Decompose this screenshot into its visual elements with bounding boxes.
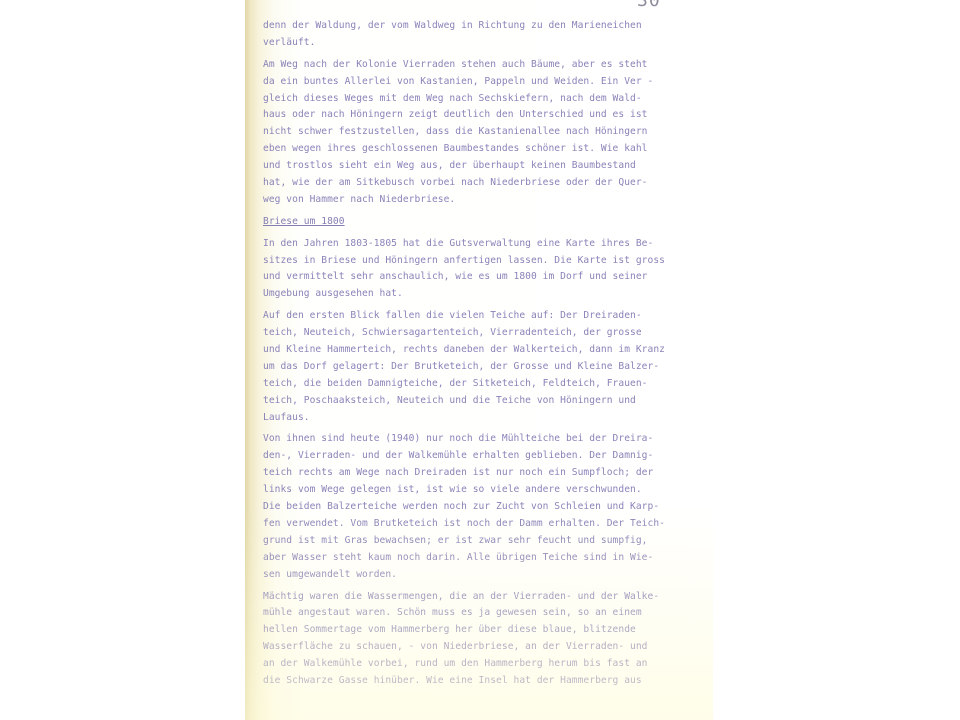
paragraph: Mächtig waren die Wassermengen, die an d… (263, 589, 703, 690)
text-line: und trostlos sieht ein Weg aus, der über… (263, 158, 703, 175)
text-line: teich rechts am Wege nach Dreiraden ist … (263, 465, 703, 482)
text-line: Die beiden Balzerteiche werden noch zur … (263, 499, 703, 516)
paragraph: In den Jahren 1803-1805 hat die Gutsverw… (263, 236, 703, 304)
text-line: sen umgewandelt worden. (263, 567, 703, 584)
text-line: gleich dieses Weges mit dem Weg nach Sec… (263, 91, 703, 108)
text-line: haus oder nach Höningern zeigt deutlich … (263, 107, 703, 124)
text-line: Am Weg nach der Kolonie Vierraden stehen… (263, 57, 703, 74)
text-line: da ein buntes Allerlei von Kastanien, Pa… (263, 74, 703, 91)
text-line: verläuft. (263, 35, 703, 52)
text-line: teich, Neuteich, Schwiersagartenteich, V… (263, 325, 703, 342)
text-line: hellen Sommertage vom Hammerberg her übe… (263, 622, 703, 639)
text-line: mühle angestaut waren. Schön muss es ja … (263, 605, 703, 622)
text-line: nicht schwer festzustellen, dass die Kas… (263, 124, 703, 141)
text-line: In den Jahren 1803-1805 hat die Gutsverw… (263, 236, 703, 253)
text-line: eben wegen ihres geschlossenen Baumbesta… (263, 141, 703, 158)
text-line: fen verwendet. Vom Brutketeich ist noch … (263, 516, 703, 533)
page-number: 30 (637, 0, 661, 11)
paragraph: Auf den ersten Blick fallen die vielen T… (263, 308, 703, 426)
text-line: und Kleine Hammerteich, rechts daneben d… (263, 342, 703, 359)
text-line: sitzes in Briese und Höningern anfertige… (263, 253, 703, 270)
text-line: denn der Waldung, der vom Waldweg in Ric… (263, 18, 703, 35)
paragraph: Von ihnen sind heute (1940) nur noch die… (263, 431, 703, 583)
text-line: Umgebung ausgesehen hat. (263, 286, 703, 303)
text-line: den-, Vierraden- und der Walkemühle erha… (263, 448, 703, 465)
paragraph: Am Weg nach der Kolonie Vierraden stehen… (263, 57, 703, 209)
paragraph: denn der Waldung, der vom Waldweg in Ric… (263, 18, 703, 52)
text-line: Von ihnen sind heute (1940) nur noch die… (263, 431, 703, 448)
text-line: teich, die beiden Damnigteiche, der Sitk… (263, 376, 703, 393)
text-line: Wasserfläche zu schauen, - von Niederbri… (263, 639, 703, 656)
intro-paragraphs: denn der Waldung, der vom Waldweg in Ric… (263, 18, 703, 209)
text-line: grund ist mit Gras bewachsen; er ist zwa… (263, 533, 703, 550)
scanned-page: 30 denn der Waldung, der vom Waldweg in … (245, 0, 713, 720)
text-line: links vom Wege gelegen ist, ist wie so v… (263, 482, 703, 499)
text-line: an der Walkemühle vorbei, rund um den Ha… (263, 656, 703, 673)
text-line: teich, Poschaaksteich, Neuteich und die … (263, 393, 703, 410)
text-line: die Schwarze Gasse hinüber. Wie eine Ins… (263, 673, 703, 690)
text-line: und vermittelt sehr anschaulich, wie es … (263, 269, 703, 286)
section-paragraphs: In den Jahren 1803-1805 hat die Gutsverw… (263, 236, 703, 690)
section-heading: Briese um 1800 (263, 214, 703, 231)
text-line: hat, wie der am Sitkebusch vorbei nach N… (263, 175, 703, 192)
text-line: Mächtig waren die Wassermengen, die an d… (263, 589, 703, 606)
text-line: aber Wasser steht kaum noch darin. Alle … (263, 550, 703, 567)
text-line: weg von Hammer nach Niederbriese. (263, 192, 703, 209)
page-text: denn der Waldung, der vom Waldweg in Ric… (263, 18, 703, 695)
text-line: um das Dorf gelagert: Der Brutketeich, d… (263, 359, 703, 376)
text-line: Auf den ersten Blick fallen die vielen T… (263, 308, 703, 325)
text-line: Laufaus. (263, 410, 703, 427)
